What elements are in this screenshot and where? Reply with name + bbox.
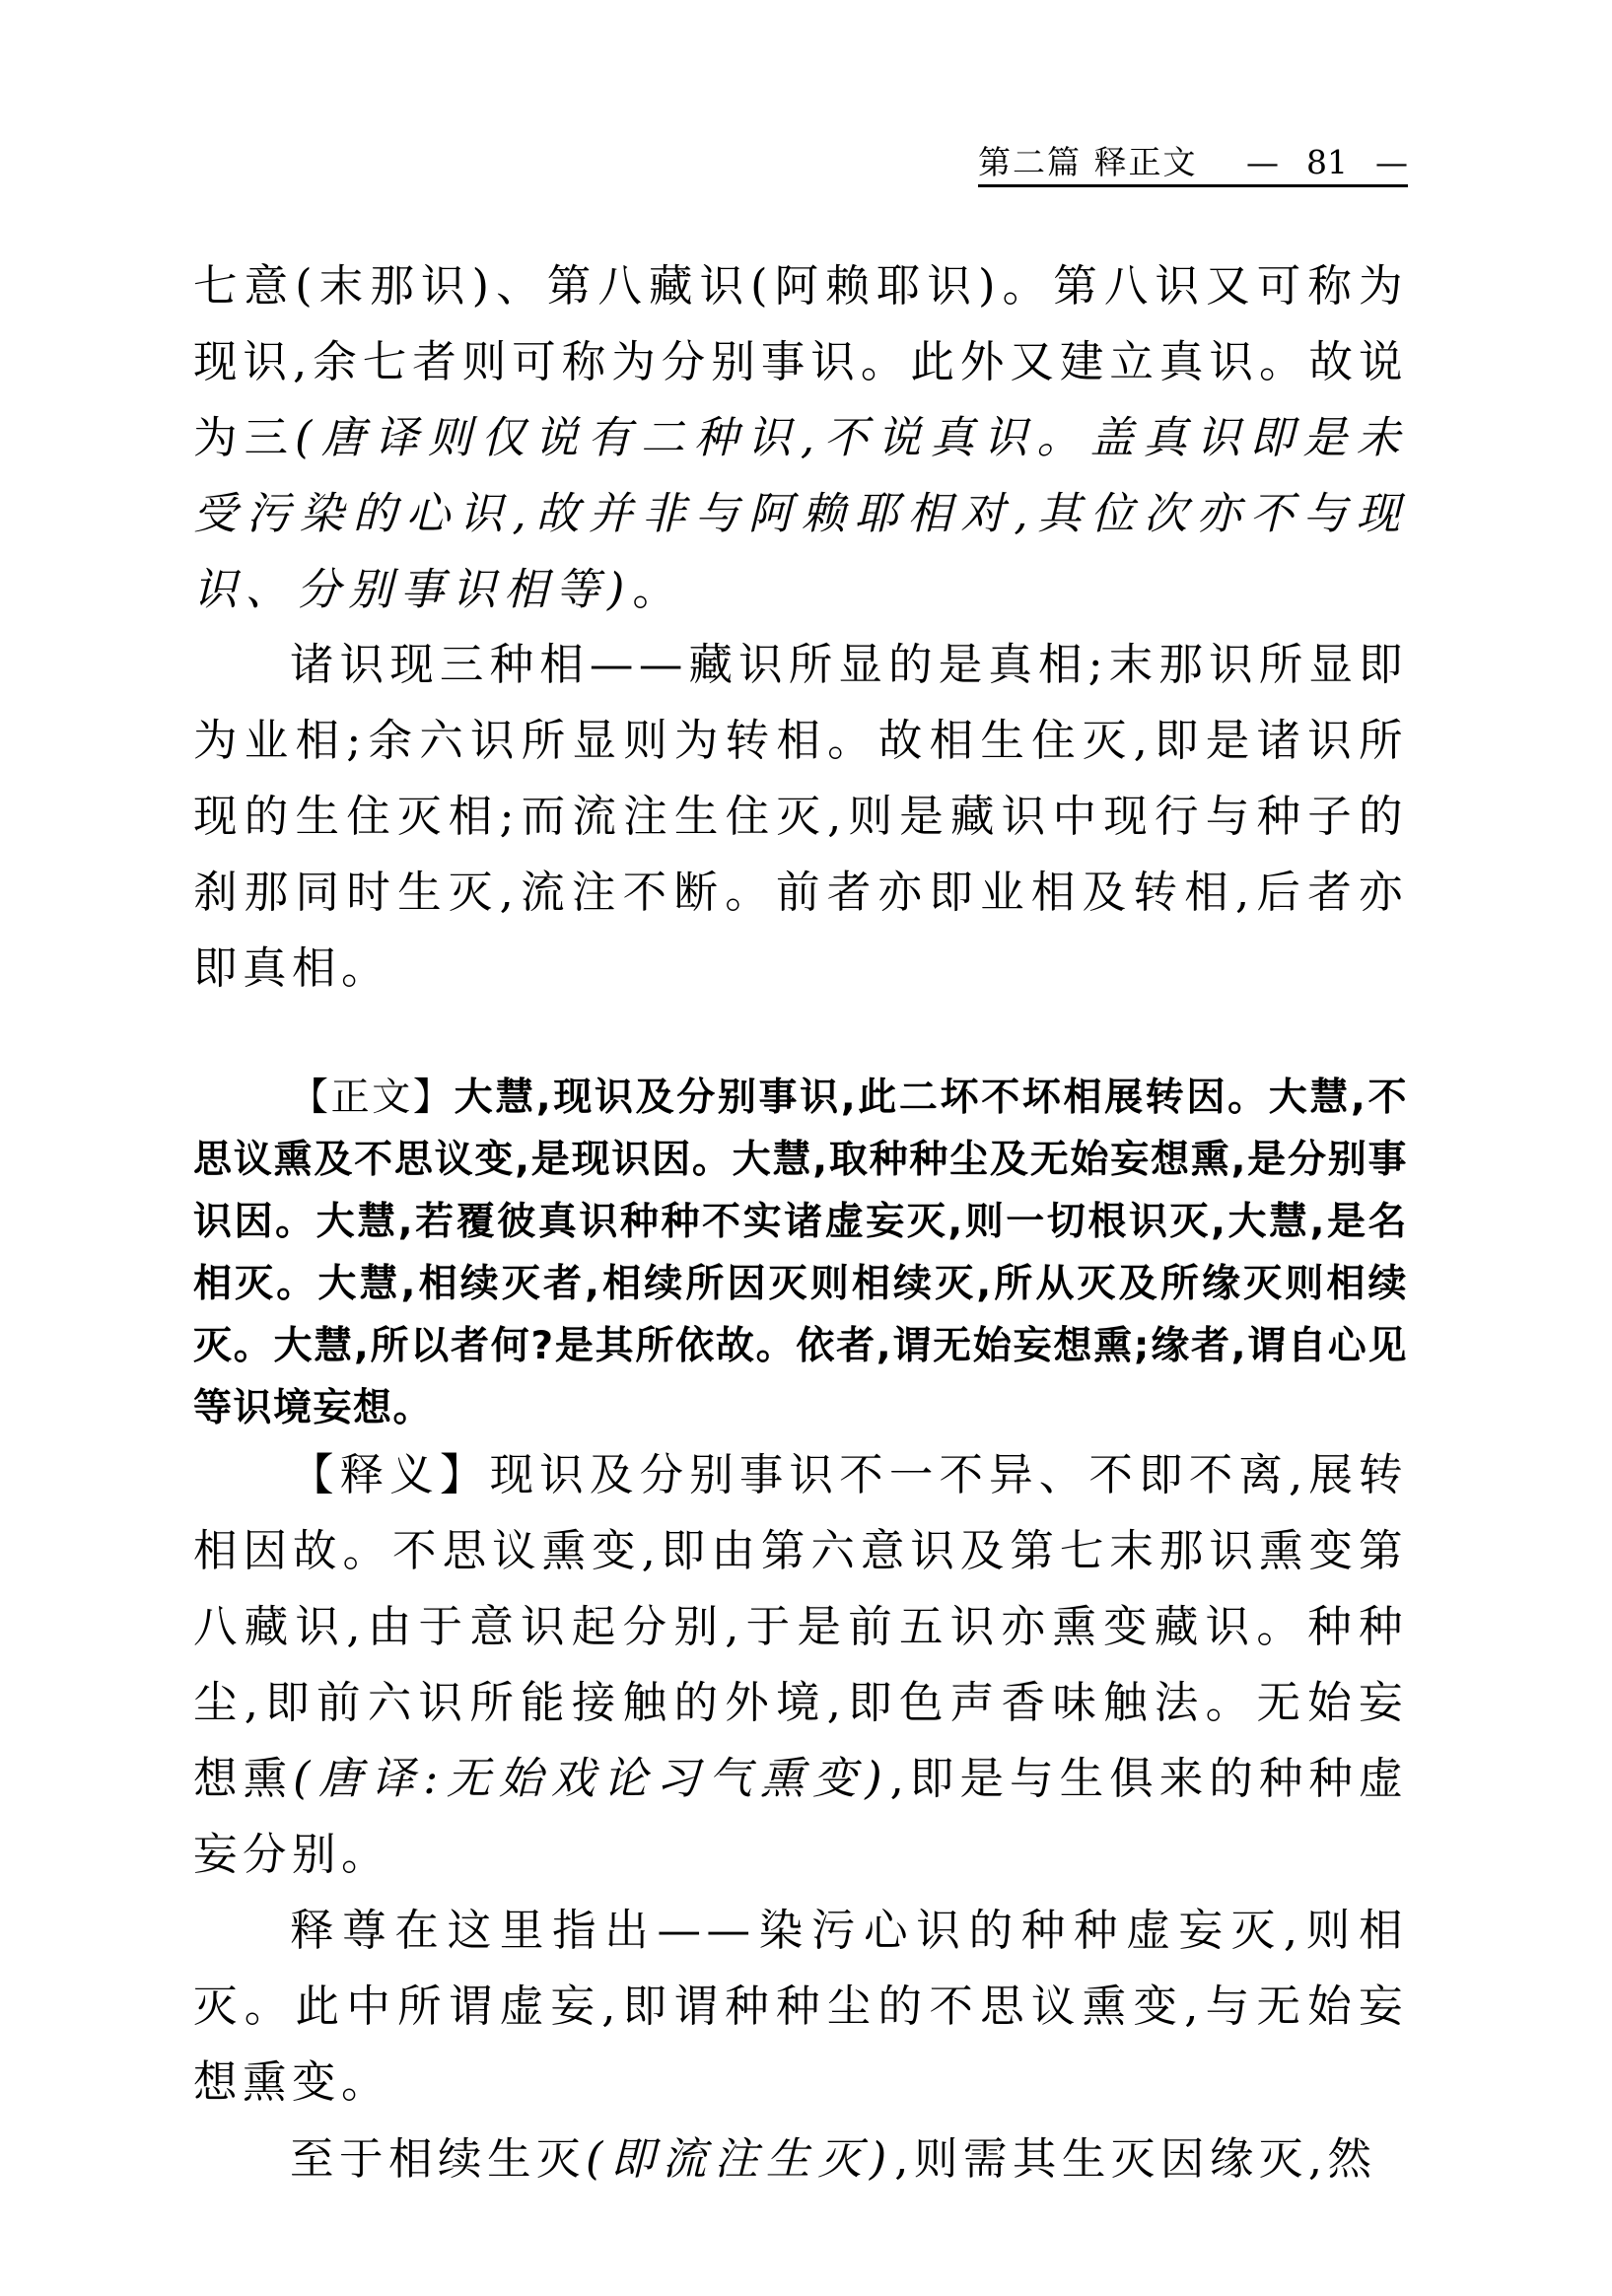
zhengwen-label: 【正文】 — [290, 1076, 455, 1120]
page-number-dash-right: — — [1375, 143, 1408, 182]
scripture-text-paragraph: 【正文】大慧,现识及分别事识,此二坏不坏相展转因。大慧,不思议熏及不思议变,是现… — [193, 1067, 1408, 1439]
continuity-end: ,则需其生灭因缘灭,然 — [894, 2134, 1376, 2185]
explanation-text: 现识及分别事识不一不异、不即不离,展转相因故。不思议熏变,即由第六意识及第七末那… — [193, 1450, 1408, 1804]
shiyi-section: 【释义】现识及分别事识不一不异、不即不离,展转相因故。不思议熏变,即由第六意识及… — [193, 1437, 1408, 1893]
continuation-end: 。 — [632, 565, 681, 615]
body-paragraph: 诸识现三种相——藏识所显的是真相;末那识所显即为业相;余六识所显则为转相。故相生… — [193, 627, 1408, 1007]
tang-translation-note: (唐译:无始戏论习气熏变) — [293, 1754, 890, 1804]
section-title: 第二篇 释正文 — [978, 143, 1198, 182]
zhengwen-section: 【正文】大慧,现识及分别事识,此二坏不坏相展转因。大慧,不思议熏及不思议变,是现… — [193, 1067, 1408, 1439]
body-paragraph: 释尊在这里指出——染污心识的种种虚妄灭,则相灭。此中所谓虚妄,即谓种种尘的不思议… — [193, 1893, 1408, 2121]
continuation-paragraph: 七意(末那识)、第八藏识(阿赖耶识)。第八识又可称为现识,余七者则可称为分别事识… — [193, 248, 1408, 628]
tang-translation-note: (唐译则仅说有二种识,不说真识。盖真识即是未受污染的心识,故并非与阿赖耶相对,其… — [193, 413, 1408, 615]
page-number-dash-left: — — [1246, 143, 1279, 182]
paragraph-three-aspects: 诸识现三种相——藏识所显的是真相;末那识所显即为业相;余六识所显则为转相。故相生… — [193, 627, 1408, 1007]
shiyi-label: 【释义】 — [290, 1450, 490, 1500]
continuity-text: 至于相续生灭 — [290, 2134, 586, 2185]
continuation-block: 七意(末那识)、第八藏识(阿赖耶识)。第八识又可称为现识,余七者则可称为分别事识… — [193, 248, 1408, 628]
page-number-block: — 81 — — [1246, 143, 1408, 182]
page-number: 81 — [1306, 143, 1348, 182]
paragraph-buddha-points-out: 释尊在这里指出——染污心识的种种虚妄灭,则相灭。此中所谓虚妄,即谓种种尘的不思议… — [193, 1893, 1408, 2121]
flow-note: (即流注生灭) — [586, 2134, 894, 2185]
running-header: 第二篇 释正文 — 81 — — [978, 140, 1408, 187]
body-paragraph: 至于相续生灭(即流注生灭),则需其生灭因缘灭,然 — [193, 2122, 1408, 2197]
scripture-text: 大慧,现识及分别事识,此二坏不坏相展转因。大慧,不思议熏及不思议变,是现识因。大… — [193, 1076, 1408, 1430]
explanation-paragraph: 【释义】现识及分别事识不一不异、不即不离,展转相因故。不思议熏变,即由第六意识及… — [193, 1437, 1408, 1893]
paragraph-continuity: 至于相续生灭(即流注生灭),则需其生灭因缘灭,然 — [193, 2122, 1408, 2197]
